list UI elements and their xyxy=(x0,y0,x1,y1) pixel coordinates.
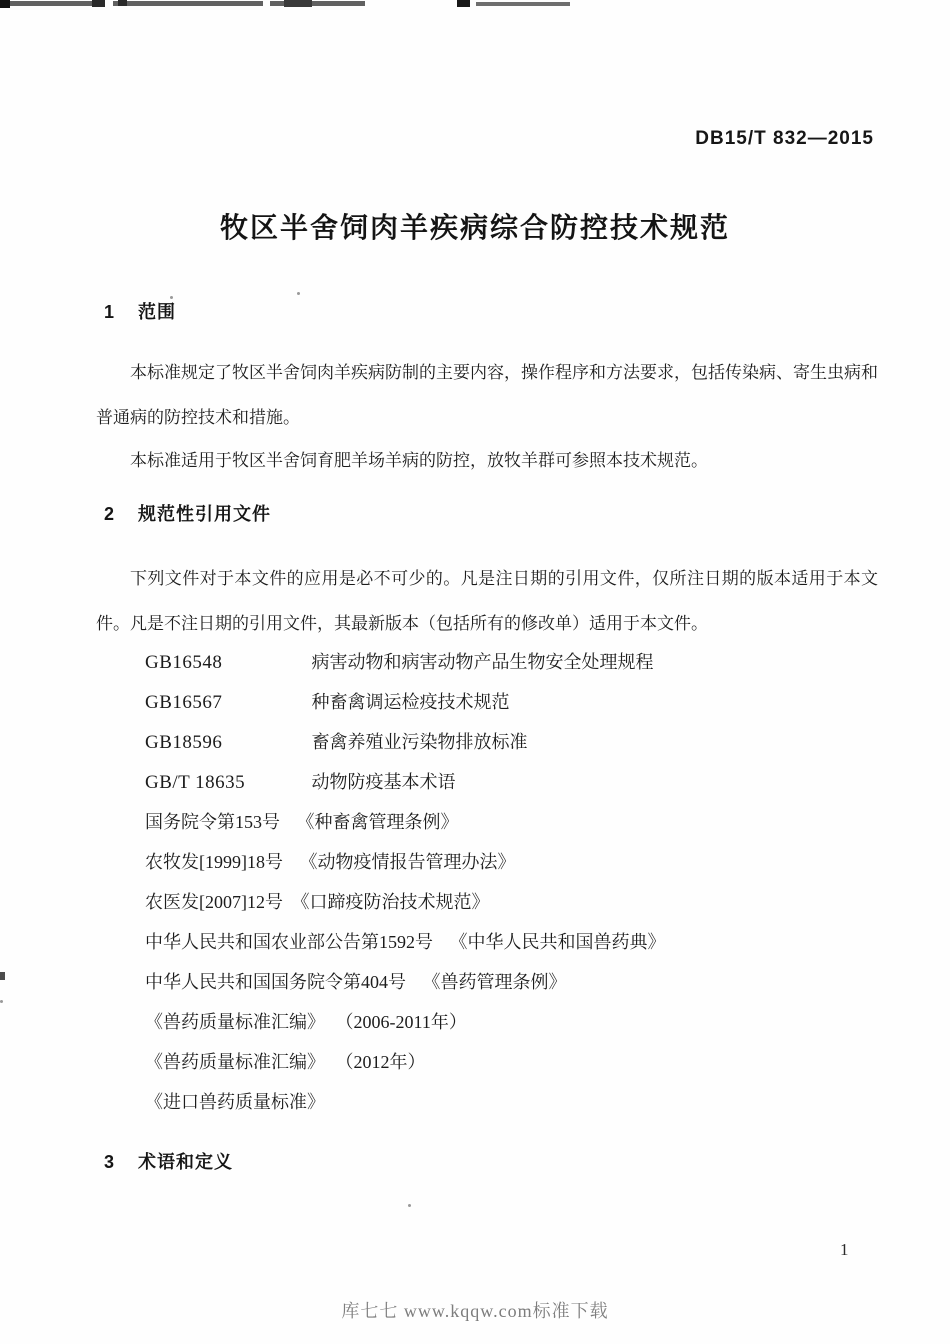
reference-title: （2006-2011年） xyxy=(336,1012,467,1032)
reference-code: GB/T 18635 xyxy=(145,763,307,803)
scan-artifact-mark xyxy=(118,0,127,6)
reference-code: 《进口兽药质量标准》 xyxy=(145,1092,325,1112)
watermark-footer: 库七七 www.kqqw.com标准下载 xyxy=(0,1298,950,1324)
reference-title: 病害动物和病害动物产品生物安全处理规程 xyxy=(312,652,654,672)
page-title: 牧区半舍饲肉羊疾病综合防控技术规范 xyxy=(0,206,950,246)
reference-code: 农医发[2007]12号 xyxy=(145,892,283,912)
reference-code: GB18596 xyxy=(145,723,307,763)
reference-item: 《兽药质量标准汇编》 （2006-2011年） xyxy=(145,1002,885,1042)
reference-code: GB16548 xyxy=(145,643,307,683)
body-paragraph: 下列文件对于本文件的应用是必不可少的。凡是注日期的引用文件，仅所注日期的版本适用… xyxy=(96,556,878,646)
reference-title: 动物防疫基本术语 xyxy=(312,772,456,792)
section-label: 规范性引用文件 xyxy=(138,500,271,528)
reference-item: GB16548 病害动物和病害动物产品生物安全处理规程 xyxy=(145,642,885,682)
body-paragraph: 本标准适用于牧区半舍饲育肥羊场羊病的防控，放牧羊群可参照本技术规范。 xyxy=(96,438,878,483)
reference-item: 中华人民共和国国务院令第404号 《兽药管理条例》 xyxy=(145,962,885,1002)
reference-item: 农牧发[1999]18号 《动物疫情报告管理办法》 xyxy=(145,842,885,882)
reference-code: GB16567 xyxy=(145,683,307,723)
reference-item: 中华人民共和国农业部公告第1592号 《中华人民共和国兽药典》 xyxy=(145,922,885,962)
scan-artifact-bar xyxy=(113,1,263,6)
scan-artifact-mark xyxy=(284,0,312,7)
scan-artifact-bar xyxy=(0,1,104,6)
section-heading-terms: 3 术语和定义 xyxy=(104,1148,233,1176)
reference-title: 《种畜禽管理条例》 xyxy=(297,812,459,832)
scan-artifact-dot xyxy=(0,1000,3,1003)
scan-artifact-bar xyxy=(476,2,570,6)
scan-artifact-mark xyxy=(0,972,5,980)
reference-title: 《中华人民共和国兽药典》 xyxy=(450,932,666,952)
section-label: 术语和定义 xyxy=(138,1148,233,1176)
reference-title: 《口蹄疫防治技术规范》 xyxy=(292,892,490,912)
scan-artifact-dot xyxy=(408,1204,411,1207)
reference-item: 农医发[2007]12号 《口蹄疫防治技术规范》 xyxy=(145,882,885,922)
section-number: 3 xyxy=(104,1148,115,1176)
body-paragraph: 本标准规定了牧区半舍饲肉羊疾病防制的主要内容，操作程序和方法要求，包括传染病、寄… xyxy=(96,350,878,440)
reference-item: 《进口兽药质量标准》 xyxy=(145,1082,885,1122)
reference-code: 《兽药质量标准汇编》 xyxy=(145,1052,325,1072)
scan-artifact-dot xyxy=(297,292,300,295)
reference-code: 国务院令第153号 xyxy=(145,812,280,832)
reference-code: 农牧发[1999]18号 xyxy=(145,852,283,872)
reference-code: 《兽药质量标准汇编》 xyxy=(145,1012,325,1032)
scanned-document-page: DB15/T 832—2015 牧区半舍饲肉羊疾病综合防控技术规范 1 范围 本… xyxy=(0,0,950,1344)
reference-title: 《兽药管理条例》 xyxy=(423,972,567,992)
scan-artifact-mark xyxy=(92,0,105,7)
reference-list: GB16548 病害动物和病害动物产品生物安全处理规程 GB16567 种畜禽调… xyxy=(145,642,885,1122)
reference-title: （2012年） xyxy=(336,1052,426,1072)
page-number: 1 xyxy=(840,1240,849,1260)
doc-number: DB15/T 832—2015 xyxy=(695,128,874,150)
reference-title: 种畜禽调运检疫技术规范 xyxy=(312,692,510,712)
section-number: 2 xyxy=(104,500,115,528)
scan-artifact-mark xyxy=(457,0,470,7)
reference-code: 中华人民共和国农业部公告第1592号 xyxy=(145,932,433,952)
reference-item: 《兽药质量标准汇编》 （2012年） xyxy=(145,1042,885,1082)
reference-title: 《动物疫情报告管理办法》 xyxy=(300,852,516,872)
section-heading-references: 2 规范性引用文件 xyxy=(104,500,271,528)
reference-item: GB16567 种畜禽调运检疫技术规范 xyxy=(145,682,885,722)
reference-item: 国务院令第153号 《种畜禽管理条例》 xyxy=(145,802,885,842)
reference-code: 中华人民共和国国务院令第404号 xyxy=(145,972,406,992)
section-heading-scope: 1 范围 xyxy=(104,298,176,326)
reference-item: GB18596 畜禽养殖业污染物排放标准 xyxy=(145,722,885,762)
reference-title: 畜禽养殖业污染物排放标准 xyxy=(312,732,528,752)
scan-artifact-mark xyxy=(0,0,10,8)
section-number: 1 xyxy=(104,298,115,326)
reference-item: GB/T 18635 动物防疫基本术语 xyxy=(145,762,885,802)
section-label: 范围 xyxy=(138,298,176,326)
